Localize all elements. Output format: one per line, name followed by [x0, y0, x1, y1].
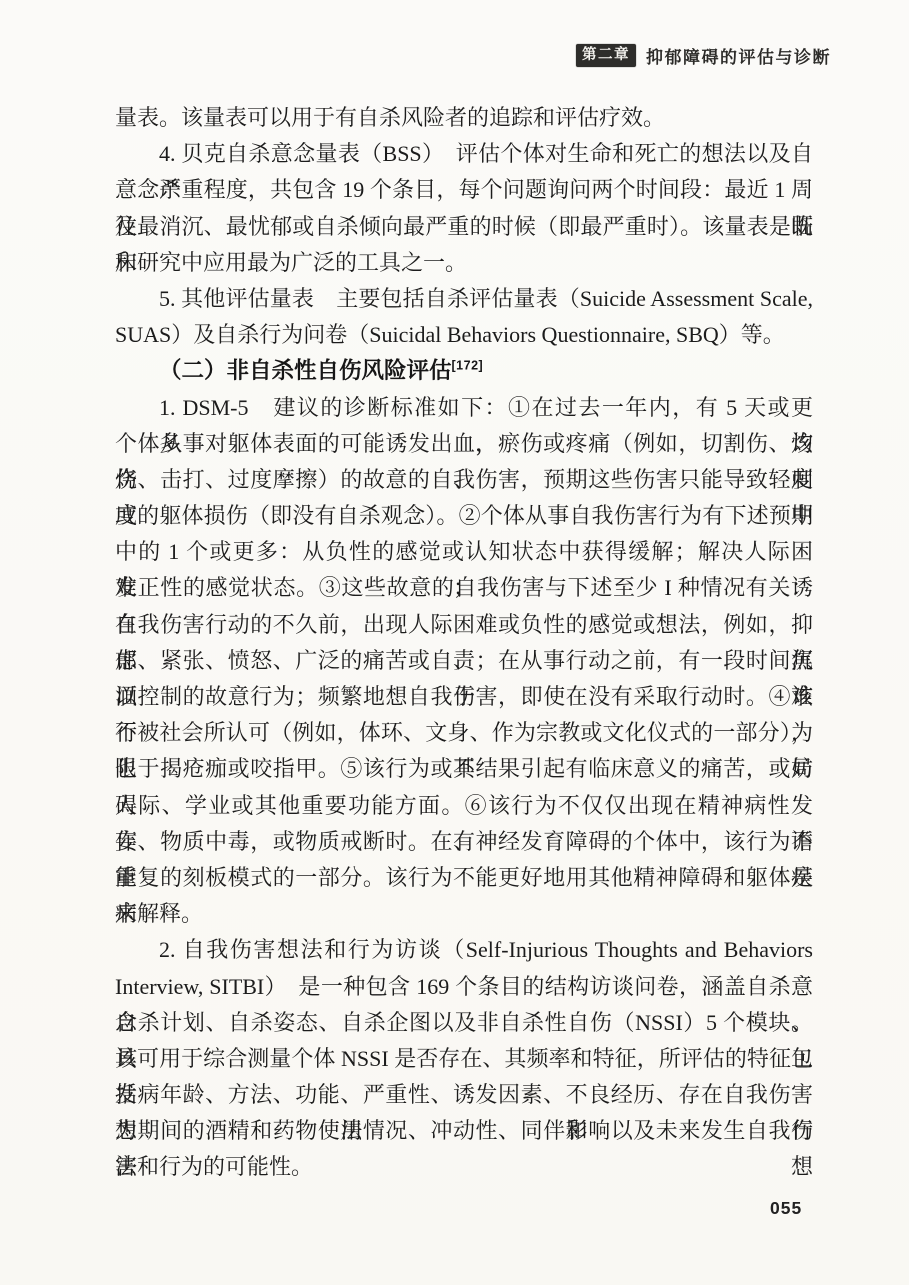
- text-line: 意念严重程度，共包含 19 个条目，每个问题询问两个时间段：最近 1 周及既: [115, 172, 813, 208]
- text-line: 为期间的酒精和药物使用情况、冲动性、同伴影响以及未来发生自我伤害想: [115, 1113, 813, 1149]
- text-line: 伤、击打、过度摩擦）的故意的自我伤害，预期这些伤害只能导致轻度或中: [115, 462, 813, 498]
- section-heading: （二）非自杀性自伤风险评估[172]: [115, 353, 813, 389]
- chapter-title: 抑郁障碍的评估与诊断: [646, 43, 831, 68]
- text-line: 2. 自我伤害想法和行为访谈（Self-Injurious Thoughts a…: [115, 932, 813, 968]
- text-line: 虑、紧张、愤怒、广泛的痛苦或自责；在从事行动之前，有一段时间沉湎于难: [115, 643, 813, 679]
- chapter-badge: 第二章: [576, 44, 636, 68]
- text-line: 以控制的故意行为；频繁地想自我伤害，即使在没有采取行动时。④该行为: [115, 679, 813, 715]
- text-line: 量表。该量表可以用于有自杀风险者的追踪和评估疗效。: [115, 100, 813, 136]
- running-header: 第二章 抑郁障碍的评估与诊断: [576, 43, 831, 68]
- text-line: 发病年龄、方法、功能、严重性、诱发因素、不良经历、存在自我伤害想法和行: [115, 1077, 813, 1113]
- text-line: Interview, SITBI） 是一种包含 169 个条目的结构访谈问卷，涵…: [115, 969, 813, 1005]
- text-line: 重复的刻板模式的一部分。该行为不能更好地用其他精神障碍和躯体疾病: [115, 860, 813, 896]
- text-line: 自我伤害行动的不久前，出现人际困难或负性的感觉或想法，例如，抑郁、焦: [115, 607, 813, 643]
- text-line: 4. 贝克自杀意念量表（BSS） 评估个体对生命和死亡的想法以及自杀: [115, 136, 813, 172]
- text-line: SUAS）及自杀行为问卷（Suicidal Behaviors Question…: [115, 317, 813, 353]
- text-line: 个体从事对躯体表面的可能诱发出血，瘀伤或疼痛（例如，切割伤、灼烧、刺: [115, 426, 813, 462]
- text-line: 往最消沉、最忧郁或自杀倾向最严重的时候（即最严重时）。该量表是临床: [115, 209, 813, 245]
- text-line: 度的躯体损伤（即没有自杀观念）。②个体从事自我伤害行为有下述预期: [115, 498, 813, 534]
- text-line: 5. 其他评估量表 主要包括自杀评估量表（Suicide Assessment …: [115, 281, 813, 317]
- text-line: 具可用于综合测量个体 NSSI 是否存在、其频率和特征，所评估的特征包括: [115, 1041, 813, 1077]
- text-line: 限于揭疮痂或咬指甲。⑤该行为或其结果引起有临床意义的痛苦，或妨碍: [115, 751, 813, 787]
- text-line: 自杀计划、自杀姿态、自杀企图以及非自杀性自伤（NSSI）5 个模块。该工: [115, 1005, 813, 1041]
- page-number: 055: [770, 1198, 802, 1219]
- text-line: 来解释。: [115, 896, 813, 932]
- text-line: 人际、学业或其他重要功能方面。⑥该行为不仅仅出现在精神病性发作、谵: [115, 788, 813, 824]
- text-line: 妄、物质中毒，或物质戒断时。在有神经发育障碍的个体中，该行为不能是: [115, 824, 813, 860]
- text-line: 和研究中应用最为广泛的工具之一。: [115, 245, 813, 281]
- text-line: 中的 1 个或更多：从负性的感觉或认知状态中获得缓解；解决人际困难；诱: [115, 534, 813, 570]
- book-page: 第二章 抑郁障碍的评估与诊断 量表。该量表可以用于有自杀风险者的追踪和评估疗效。…: [0, 0, 909, 1285]
- text-line: 发正性的感觉状态。③这些故意的自我伤害与下述至少 I 种情况有关：在: [115, 570, 813, 606]
- text-line: 1. DSM-5 建议的诊断标准如下：①在过去一年内，有 5 天或更多，该: [115, 390, 813, 426]
- reference-superscript: [172]: [452, 359, 484, 373]
- text-line: 不被社会所认可（例如，体环、文身、作为宗教或文化仪式的一部分），也不局: [115, 715, 813, 751]
- body-text: 量表。该量表可以用于有自杀风险者的追踪和评估疗效。4. 贝克自杀意念量表（BSS…: [115, 100, 813, 1186]
